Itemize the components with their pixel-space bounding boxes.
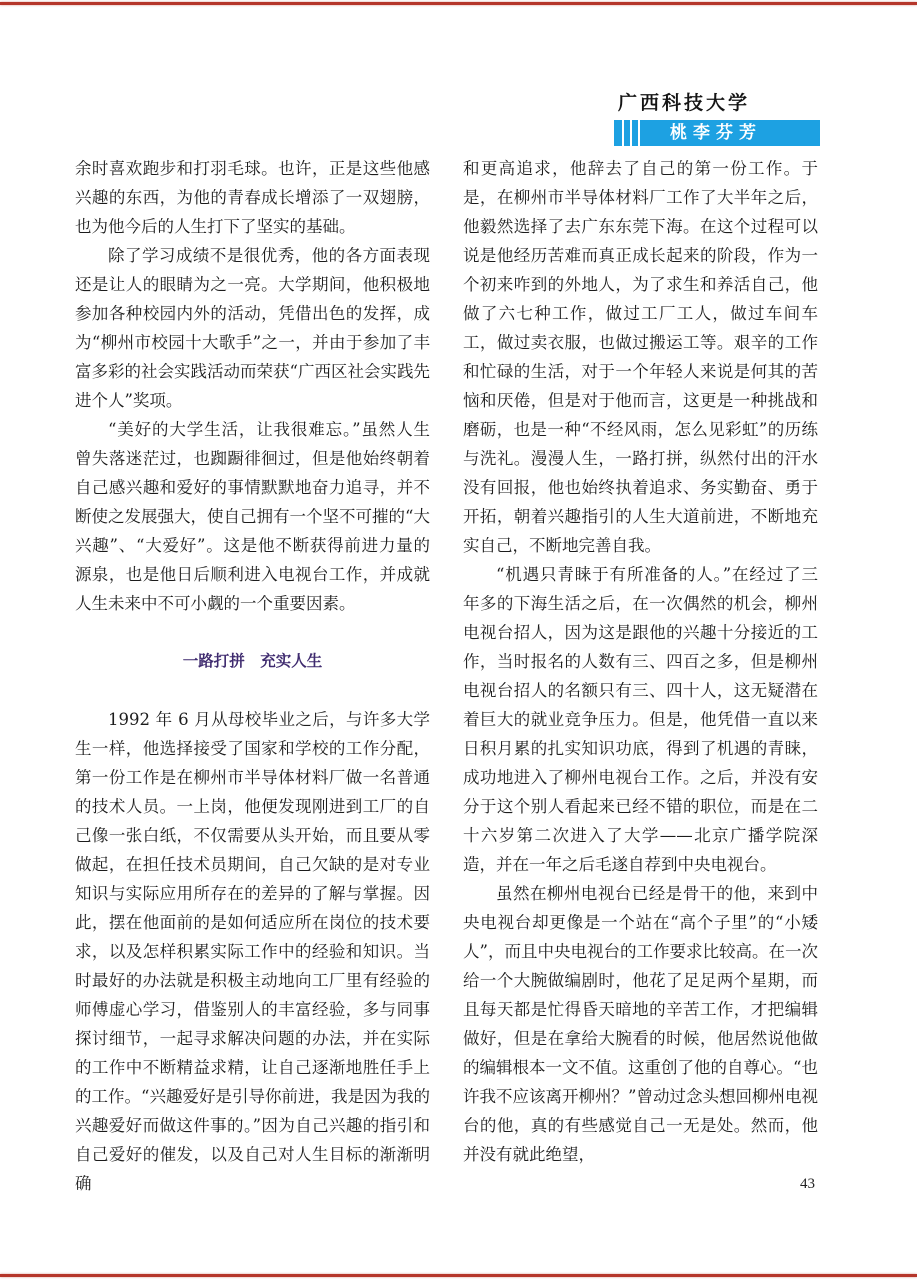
page-number: 43 [800,1176,815,1193]
right-column: 和更高追求，他辞去了自己的第一份工作。于是，在柳州市半导体材料厂工作了大半年之后… [463,154,818,1169]
top-rule [0,2,917,5]
school-name: 广西科技大学 [618,90,824,116]
paragraph: 余时喜欢跑步和打羽毛球。也许，正是这些他感兴趣的东西，为他的青春成长增添了一双翅… [75,154,430,241]
section-label: 桃李芬芳 [670,120,762,146]
banner-stripe [622,120,624,146]
banner-stripe [638,120,640,146]
banner-stripe [630,120,632,146]
paragraph: 除了学习成绩不是很优秀，他的各方面表现还是让人的眼睛为之一亮。大学期间，他积极地… [75,241,430,415]
paragraph: 1992 年 6 月从母校毕业之后，与许多大学生一样，他选择接受了国家和学校的工… [75,705,430,1198]
paragraph: 和更高追求，他辞去了自己的第一份工作。于是，在柳州市半导体材料厂工作了大半年之后… [463,154,818,560]
section-banner: 桃李芬芳 [614,120,820,146]
paragraph: 虽然在柳州电视台已经是骨干的他，来到中央电视台却更像是一个站在“高个子里”的“小… [463,879,818,1169]
left-column: 余时喜欢跑步和打羽毛球。也许，正是这些他感兴趣的东西，为他的青春成长增添了一双翅… [75,154,430,1198]
section-subheading: 一路打拼 充实人生 [75,647,430,676]
running-header: 广西科技大学 桃李芬芳 [614,90,824,146]
paragraph: “机遇只青睐于有所准备的人。”在经过了三年多的下海生活之后，在一次偶然的机会，柳… [463,560,818,879]
bottom-rule [0,1274,917,1277]
paragraph: “美好的大学生活，让我很难忘。”虽然人生曾失落迷茫过，也踟蹰徘徊过，但是他始终朝… [75,415,430,618]
